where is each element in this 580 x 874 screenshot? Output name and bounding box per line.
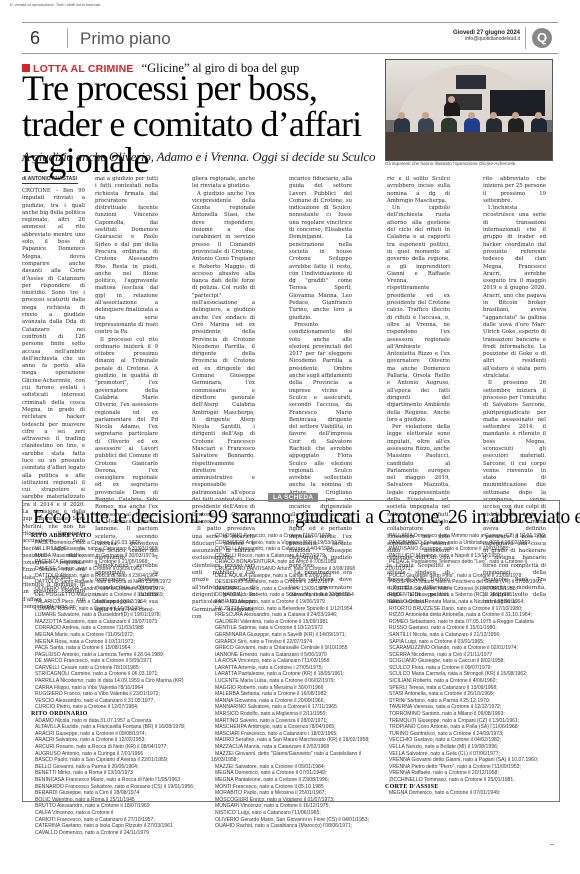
info-box-title: Ecco tutte le decisioni: 99 saranno giud… — [33, 507, 553, 529]
defendant-entry: MONTI Francesco, nato a Crotone il 05.10… — [211, 784, 379, 791]
info-box-tag: LA SCHEDA — [268, 493, 318, 502]
defendant-entry: MEGNA Rosa, nata a Crotone il 10/11/1973… — [31, 639, 199, 646]
defendant-entry: GALDIERI Valentina, nata a Crotone il 15… — [211, 619, 379, 626]
defendant-entry: LUCENTE Maria Luisa, nata a Crotone il 0… — [211, 678, 379, 685]
defendant-entry: GIRARDI Siro, nato a Treviso il 22/07/19… — [211, 639, 379, 646]
copyright-notice: E' vietata la riproduzione. Tutti i diri… — [10, 2, 101, 7]
defendant-entry: ARACRI Salvatore, nato a Crotone il 12/0… — [31, 737, 199, 744]
defendant-entry: TROPIANO Cono Antonio, nato a Polla (SA)… — [385, 724, 553, 731]
defendant-entry: COLOSIMO Ferruccio, nato a Crotone l'11/… — [211, 533, 379, 540]
defendant-entry: ADAMO Nicola, nato in data 31.07.1957 a … — [31, 718, 199, 725]
defendant-entry: ARACRI Giuseppe, nato a Crotone il 09/08… — [31, 731, 199, 738]
defendant-entry: VECCHIO Gustavo, nato a Crotone il 04/02… — [385, 737, 553, 744]
defendant-entry: BRUTTO Alessandro, nato a Crotone il 18/… — [31, 803, 199, 810]
defendants-column-2: COLOSIMO Ferruccio, nato a Crotone l'11/… — [211, 533, 379, 830]
photo-caption: Gli inquirenti che hanno illustrato l'op… — [385, 161, 515, 166]
defendant-entry: BERARDI Giuseppe, nato a Cirò il 28/08/1… — [31, 790, 199, 797]
defendant-entry: CRUGLIANO PANTISANO Arturo, nato a Croto… — [211, 566, 379, 573]
divider — [67, 28, 68, 48]
defendant-entry: CORRADO Andrea, nato a Crotone l'11/03/1… — [31, 625, 199, 632]
defendant-entry: FALZETTA Domenico, nato a Belvedere Spin… — [211, 606, 379, 613]
defendant-entry: MAZZEI Giovanni, detto "Gianni/Giannetto… — [211, 751, 379, 764]
defendant-entry: GENTILE Sabrina, nata a Crotone il 10/12… — [211, 625, 379, 632]
defendant-entry: MASCIARI Francesco, nato a Catanzaro i 1… — [211, 731, 379, 738]
defendant-entry: DATTOLO Santo Raffaele, nato a Rocca di … — [31, 579, 199, 586]
defendant-entry: DEVONA Giancarlo, nato a Crotone il 13/0… — [211, 586, 379, 593]
defendant-entry: SCULCO Maria Carmela, nata a Strongoli (… — [385, 671, 553, 678]
defendant-entry: CAVALLO Domenico, nato a Crotone il 24/1… — [31, 830, 199, 837]
defendant-entry: BENETTI Mirko, nato a Roma il 13/10/1973 — [31, 770, 199, 777]
defendant-entry: LA ROSA Vincenzo, nato a Catanzaro l'11/… — [211, 658, 379, 665]
defendant-entry: TURINO Gianfranco, nato a Crotone il 24/… — [385, 731, 553, 738]
defendant-entry: STRICAGNOLI Carmine, nato a Crotone il 0… — [31, 671, 199, 678]
defendant-entry: PANTISANO Giuseppe, nato a Crotone il 19… — [385, 546, 553, 553]
paragraph: rito abbreviato che inizierà per 25 pers… — [483, 176, 546, 205]
defendant-entry: BELLO Giovanni, nato a Parma il 20/06/19… — [31, 764, 199, 771]
defendant-entry: RITORTO BRUZZESE Dario, nato a Crotone i… — [385, 606, 553, 613]
defendant-entry: SPERLI Teresa, nata a Catanzaro il 13/09… — [385, 685, 553, 692]
defendant-entry: PACE Domenico, nato a Crotone il 16.03.1… — [31, 540, 199, 547]
defendant-entry: DESIDERIO Salvatore, nato a Crotone il 2… — [211, 579, 379, 586]
section-title: Primo piano — [80, 29, 171, 49]
defendant-entry: PACE Santa, nata a Crotone il 15/08/1964… — [31, 645, 199, 652]
defendant-entry: LUMARE Salvatore, nato a Dusseldorf(D) i… — [31, 612, 199, 619]
defendant-entry: DONATO Aldo Roberto, nato a Soveria Mann… — [211, 592, 379, 599]
defendant-entry: MASCHERPA Ambrogio, nato a Cosenza l'8/0… — [211, 724, 379, 731]
defendant-entry: TORROMINO Santino, nato a Milano il 09/0… — [385, 711, 553, 718]
defendant-entry: TALARICO Piero, nato a Catanzaro il 10/1… — [31, 599, 199, 606]
defendant-entry: VILLIRILLO Giuseppe, nato a Catanzaro il… — [31, 546, 199, 553]
defendant-entry: PANEBIANCO Salvatore, nato a Umbriatico … — [385, 540, 553, 547]
defendant-entry: FABIANO Maurizio, nato a Crotone il 19/0… — [211, 599, 379, 606]
defendant-entry: RUGGIERO Franco, nato a Vibo Valentia il… — [31, 691, 199, 698]
defendant-entry: NISTICO' Luigi, nato a Catanzaro l'11/06… — [211, 810, 379, 817]
defendant-entry: SICILIANI Roberto, nato a Crotone il 4/0… — [385, 678, 553, 685]
newspaper-logo-icon: Q — [532, 28, 552, 48]
paragraph: A giudizio anche l'ex vicepresidente del… — [192, 191, 255, 527]
defendant-entry: LARATTA Artemio, nato a Crotone i 27/05/… — [211, 665, 379, 672]
defendant-entry: IANNONE Ernesto, nato a Catanzaro il 5/0… — [211, 652, 379, 659]
defendant-entry: DELL'AQUILA Giuseppe, nato a Cariati il … — [211, 573, 379, 580]
defendant-entry: MANNARINO Salvatore, nato a Cotronei il … — [211, 704, 379, 711]
defendant-entry: CATERINA Gaetano, nato a Isola Capo Rizz… — [31, 823, 199, 830]
defendant-entry: LARATTA Pantaleone, nato a Crotone (KR) … — [211, 671, 379, 678]
defendant-entry: MARTINO Saverio, nato a Cosenza il 28/02… — [211, 718, 379, 725]
defendant-entry: MORABITO Paolo, nato a Messina il 25/01/… — [211, 790, 379, 797]
defendant-entry: SANTILLI Nicola, nato a Catanzaro il 21/… — [385, 632, 553, 639]
defendant-entry: ZICCHINELLO Tommaso, nato a Crotone il 2… — [385, 777, 553, 784]
defendant-entry: BASCO Paolo, nato a San Cipriano d'Avers… — [31, 757, 199, 764]
paragraph: rio e il solito Sculco avrebbero inciso … — [387, 176, 450, 205]
defendant-entry: MARSICO Rodolfo, nato a Miglierina il 2/… — [211, 711, 379, 718]
defendant-entry: REDENTE Giuseppe, nato a Siderno (RC) il… — [385, 592, 553, 599]
group-heading: RITO ABBREVIATO — [31, 533, 199, 540]
defendant-entry: VRENNA Raffaele, nato a Crotone il 20/12… — [385, 770, 553, 777]
defendant-entry: MAZZEI Salvatore, nato a Crotone il 05/0… — [211, 764, 379, 771]
defendant-entry: SCERRA Nicodemo, nato a Cirò il 21/11/19… — [385, 652, 553, 659]
defendant-entry: PUCCI Giuseppe detto Pino", nato a Croto… — [385, 573, 553, 580]
defendant-entry: SCIGLIANO Giuseppe, nato a Caccuri il 8/… — [385, 658, 553, 665]
defendant-entry: OLIVERIO Gerardo Mario, San Giovanni in … — [211, 817, 379, 824]
defendant-entry: CRIACO BONAVENTURA, nato ad Africo il 7/… — [211, 559, 379, 566]
page-number: 6 — [30, 28, 40, 49]
defendant-entry: MUNGARI Vincenzo, nato a Crotone il 16/1… — [211, 803, 379, 810]
defendant-entry: VRENNA Giovanni detto Gianni, nato a Pag… — [385, 757, 553, 764]
defendant-entry: SAPIA Luigi, nato a Crotone il 03/01/196… — [385, 639, 553, 646]
defendant-entry: BOLIC Valentino, nato a Roma il 15/11/19… — [31, 797, 199, 804]
defendant-entry: PAGLIUSO Antonio, nato a Lamezia Terme i… — [31, 652, 199, 659]
group-heading: RITO ORDINARIO — [31, 711, 199, 718]
defendant-entry: STASI Antonella, nata a Crotone il 26/10… — [385, 691, 553, 698]
page-header: 6 Primo piano Giovedì 27 giugno 2024 inf… — [22, 22, 558, 54]
defendant-entry: MAURO Serafino, nato a San Mauro Marches… — [211, 737, 379, 744]
group-heading: CORTE D'ASSISE — [385, 784, 553, 791]
defendant-entry: RUSSO Gaetano, nato a Crotone il 15/01/1… — [385, 625, 553, 632]
defendant-entry: SCARAMUZZINO Orlando, nato a Crotone il … — [385, 645, 553, 652]
defendant-entry: VELLA Salvatore, nato a Gela (CL) il 07/… — [385, 751, 553, 758]
defendant-entry: STRINI Stefano, nato a Parma il 25.12.19… — [385, 698, 553, 705]
defendant-entry: DE MARCO Francesco, nato a Crotone il 5/… — [31, 658, 199, 665]
defendant-entry: VRENNA Pietro detto "Piero", nato a Crot… — [385, 764, 553, 771]
defendant-entry: MEGNA Pantaleone, nato a Crotone il 23/0… — [211, 777, 379, 784]
defendant-entry: MALERBA Stefania, nata a Crotone il 16/0… — [211, 691, 379, 698]
defendant-entry: MAIDA Massimiliano, nato in Germania il … — [31, 553, 199, 560]
defendant-entry: CURCIO Pietro, nato a Crotone il 12/07/1… — [31, 704, 199, 711]
date-block: Giovedì 27 giugno 2024 info@quotidianode… — [453, 30, 520, 42]
defendants-column-1: RITO ABBREVIATOPACE Domenico, nato a Cro… — [31, 533, 199, 836]
defendant-entry: PARRILLA Nicodemo, nato in data 14.09.19… — [31, 678, 199, 685]
defendant-entry: MEGNA Domenico, nato a Crotone il 07/01/… — [385, 790, 553, 797]
defendant-entry: LUMARE Roberto, nato a Crotone il 16/05/… — [31, 606, 199, 613]
defendant-entry: CARIOTI Francesco, nato a Catanzaro il 2… — [31, 817, 199, 824]
defendant-entry: COVELLI Rocco, nato a Catanzaro il 12/07… — [211, 553, 379, 560]
defendant-entry: RACHIELI Salvatore, nato a Cotronei (KR)… — [385, 586, 553, 593]
defendant-entry: CARVELLI Cesare nato a Crotone l'8/10/19… — [31, 665, 199, 672]
defendant-entry: FRESCURA Alessandro, nato a Catania il 2… — [211, 612, 379, 619]
defendant-entry: BENNARDO Francesco Salvatore, nato a Ros… — [31, 784, 199, 791]
defendant-entry: MEGNA Domenico, nato a Crotone il 07/01/… — [211, 770, 379, 777]
defendant-entry: MAGGIO Roberto, nato a Messina il 30/07/… — [211, 685, 379, 692]
deck-subtitle: A giudizio anche Oliverio, Adamo e i Vre… — [22, 149, 375, 165]
defendant-entry: BENINCASA Francesco Mario, nato a Rocca … — [31, 777, 199, 784]
info-box-la-scheda: LA SCHEDA Ecco tutte le decisioni: 99 sa… — [22, 500, 560, 802]
defendant-entry: MAZZACUA Marzia, nata a Catanzaro il 2/0… — [211, 744, 379, 751]
defendant-entry: CORBISIERI Antonio, nato a Viggiano (PZ)… — [211, 540, 379, 547]
defendant-entry: ALTAVILLA Euclide, nato a Francavilla Fo… — [31, 724, 199, 731]
defendant-entry: OUAHID Rachid, nato a Casablanca (Marocc… — [211, 823, 379, 830]
defendant-entry: MOSCOGIURI Enrico, nato a Viggiano il 01… — [211, 797, 379, 804]
defendant-entry: VELLA Nunzio, nato a Bollate (MI) il 19/… — [385, 744, 553, 751]
defendant-entry: MAZZOTTA Salvatore, nato a Catanzaro il … — [31, 619, 199, 626]
defendant-entry: REILLO Orsola Renata Maria, nata a Nicas… — [385, 599, 553, 606]
article-photo — [385, 59, 553, 161]
defendant-entry: OLIVERIO MEGNA Sandro, nato a Crotone il… — [31, 586, 199, 593]
defendant-entry: PALLARIA Domenico detto Mimmo nato a Cur… — [385, 533, 553, 540]
defendant-entry: GRECO Giovanni, nato a Chiaravalle Centr… — [211, 645, 379, 652]
defendant-entry: DANESE Saverio, nato a Crotone il 03/09/… — [31, 566, 199, 573]
paragraph: mai a giudizio per tutti i fatti contest… — [95, 176, 158, 337]
defendant-entry: AUGRUSO Antonio, nato a Curinga il 7/01/… — [31, 751, 199, 758]
defendant-entry: ARCURI Rosario, nato a Rocca di Neto (KR… — [31, 744, 199, 751]
divider — [550, 844, 554, 845]
byline: di ANTONIO ANASTASI — [22, 176, 78, 184]
defendant-entry: TREMOLITI Giuseppe, nato a Cropani (CZ) … — [385, 718, 553, 725]
defendant-entry: PEDACE Pantaleone Telemaco detto "Leo", … — [385, 559, 553, 572]
divider — [525, 27, 526, 49]
defendant-entry: TAVERNA Vanessa, nata a Crotone il 12/12… — [385, 704, 553, 711]
defendant-entry: SCULCO Flora, nata a Crotone il 09/07/19… — [385, 665, 553, 672]
defendants-column-3: PALLARIA Domenico detto Mimmo nato a Cur… — [385, 533, 553, 797]
paragraph: Un capitolo dell'inchiesta ruota attorno… — [387, 205, 450, 424]
paragraph: incarico fiduciario, alla guida del sett… — [289, 176, 352, 322]
defendant-entry: DEL POGGETTO Maurizio, nato a Crotone il… — [31, 592, 199, 599]
defendant-entry: PACENZA Giacomo, nato a Crotone il 21/05… — [31, 559, 199, 566]
defendant-entry: CARRA Filippo, nato a Vibo Valentia l'8/… — [31, 685, 199, 692]
defendant-entry: VESCIO Alessandro, nato a Catanzaro il 3… — [31, 698, 199, 705]
paragraph: L'inchiesta ricostruisce una serie di tr… — [483, 205, 546, 380]
defendant-entry: GERMINARA Giuseppe, nato a Savelli (KR) … — [211, 632, 379, 639]
defendant-entry: MEGNA Mario, nato a Crotone l'11/05/1972… — [31, 632, 199, 639]
defendant-entry: MANNA Giovanna, nata a Crotone il 20/09/… — [211, 698, 379, 705]
defendant-entry: PROSPERO Mauro, nato a Peschiera del Gar… — [385, 579, 553, 586]
defendant-entry: ROMEO Sebastiano, nato in data 07.05.197… — [385, 619, 553, 626]
defendant-entry: CALFA Vincenzo, nato a Crotone il — [31, 810, 199, 817]
defendant-entry: COVELLI Alessandro, nato a Catanzaro il … — [211, 546, 379, 553]
paragraph: gliera regionale, anche lei rinviata a g… — [192, 176, 255, 191]
defendant-entry: PAOLUCCI Massimo, nato a Napoli il 13/12… — [385, 553, 553, 560]
contact-email[interactable]: info@quotidianodelsud.it — [453, 36, 520, 42]
defendant-entry: DATTOLO Alfonso, nato a Rocca di Neto il… — [31, 573, 199, 580]
defendant-entry: RIZZO Antonietta detta Antonella, nata a… — [385, 612, 553, 619]
